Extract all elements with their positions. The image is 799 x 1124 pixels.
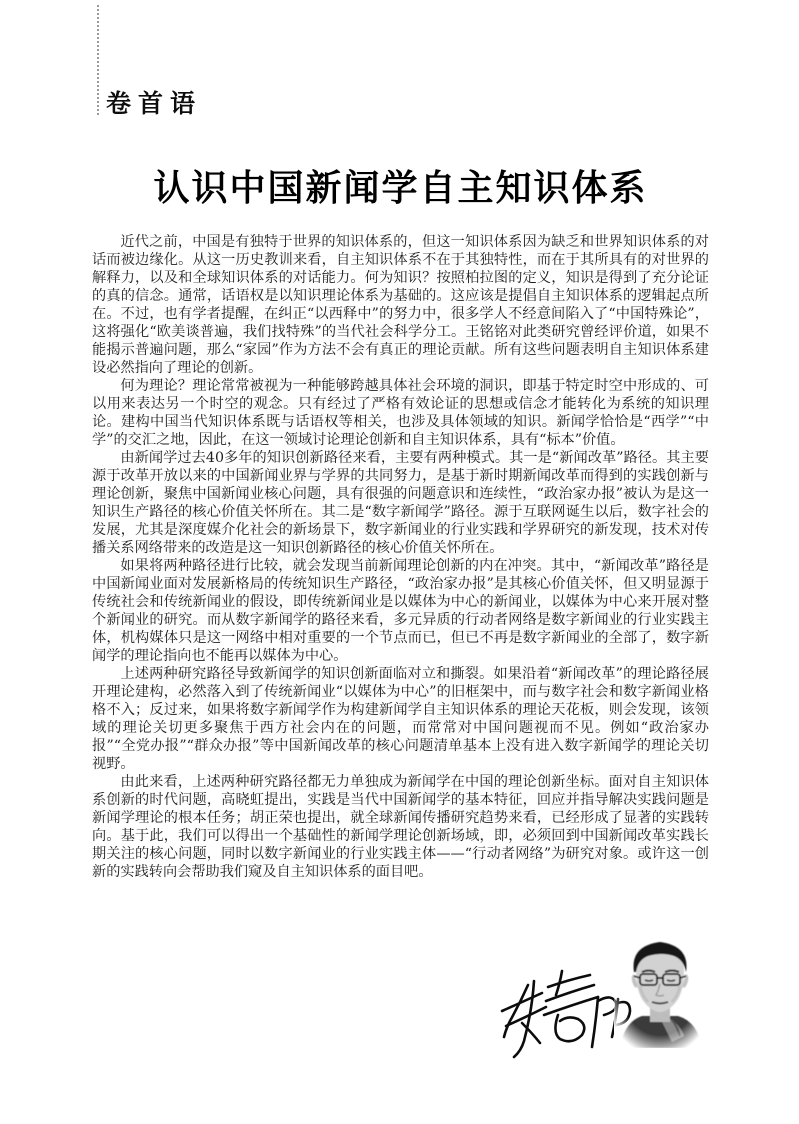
paragraph-5: 上述两种研究路径导致新闻学的知识创新面临对立和撕裂。如果沿着“新闻改革”的理论路…: [92, 665, 709, 773]
article-body: 近代之前，中国是有独特于世界的知识体系的，但这一知识体系因为缺乏和世界知识体系的…: [92, 233, 709, 881]
author-photo: [614, 936, 706, 1048]
section-label: 卷首语: [106, 84, 202, 120]
author-signature-icon: [498, 963, 633, 1063]
margin-dotted-rule: [97, 5, 99, 115]
paragraph-3: 由新闻学过去40多年的知识创新路径来看，主要有两种模式。其一是“新闻改革”路径。…: [92, 449, 709, 557]
page-title: 认识中国新闻学自主知识体系: [92, 160, 709, 211]
paragraph-2: 何为理论？理论常常被视为一种能够跨越具体社会环境的洞识，即基于特定时空中形成的、…: [92, 377, 709, 449]
paragraph-1: 近代之前，中国是有独特于世界的知识体系的，但这一知识体系因为缺乏和世界知识体系的…: [92, 233, 709, 377]
paragraph-6: 由此来看，上述两种研究路径都无力单独成为新闻学在中国的理论创新坐标。面对自主知识…: [92, 773, 709, 881]
document-page: 卷首语 认识中国新闻学自主知识体系 近代之前，中国是有独特于世界的知识体系的，但…: [0, 0, 799, 1124]
paragraph-4: 如果将两种路径进行比较，就会发现当前新闻理论创新的内在冲突。其中，“新闻改革”路…: [92, 557, 709, 665]
